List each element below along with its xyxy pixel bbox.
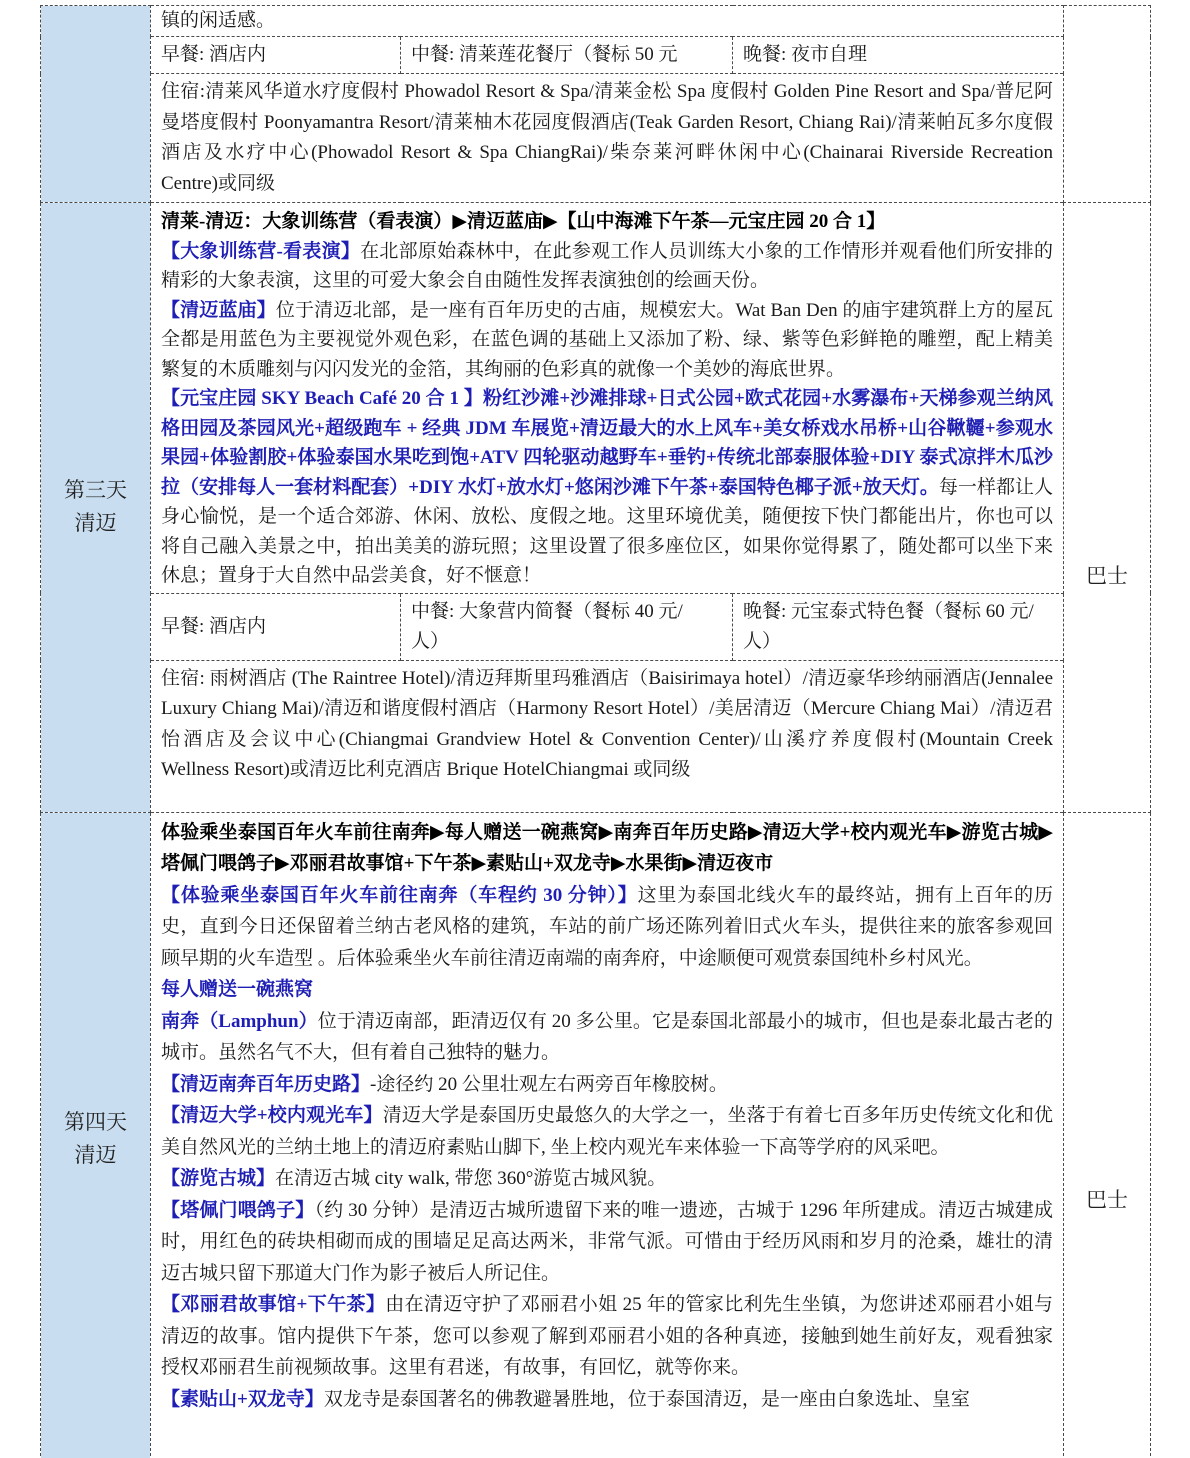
day3-day-text: 第三天 bbox=[45, 474, 146, 507]
prev-day-dinner-cell: 晚餐: 夜市自理 bbox=[733, 37, 1064, 74]
day4-paragraph-university: 【清迈大学+校内观光车】清迈大学是泰国历史最悠久的大学之一，坐落于有着七百多年历… bbox=[161, 1100, 1053, 1163]
day3-label-cell: 第三天 清迈 bbox=[41, 203, 151, 813]
text-segment: 双龙寺是泰国著名的佛教避暑胜地，位于泰国清迈，是一座由白象选址、皇室 bbox=[324, 1389, 970, 1410]
day4-transport-cell: 巴士 bbox=[1064, 812, 1151, 1458]
text-segment: 【游览古城】 bbox=[161, 1168, 275, 1189]
itinerary-table: 镇的闲适感。 早餐: 酒店内 中餐: 清莱莲花餐厅（餐标 50 元 晚餐: 夜市… bbox=[40, 5, 1151, 1458]
day3-description-row: 第三天 清迈 清莱-清迈：大象训练营（看表演）▶清迈蓝庙▶【山中海滩下午茶—元宝… bbox=[41, 203, 1151, 594]
day3-lodging-row: 住宿: 雨树酒店 (The Raintree Hotel)/清迈拜斯里玛雅酒店（… bbox=[41, 660, 1151, 812]
day4-title: 体验乘坐泰国百年火车前往南奔▶每人赠送一碗燕窝▶南奔百年历史路▶清迈大学+校内观… bbox=[161, 817, 1053, 880]
day4-paragraph-teresa-teng: 【邓丽君故事馆+下午茶】由在清迈守护了邓丽君小姐 25 年的管家比利先生坐镇，为… bbox=[161, 1289, 1053, 1384]
day3-lodging-cell: 住宿: 雨树酒店 (The Raintree Hotel)/清迈拜斯里玛雅酒店（… bbox=[151, 660, 1064, 812]
text-segment: 【素贴山+双龙寺】 bbox=[161, 1389, 324, 1410]
prev-day-label-cell bbox=[41, 6, 151, 203]
text-segment: 位于清迈北部，是一座有百年历史的古庙，规模宏大。Wat Ban Den 的庙宇建… bbox=[161, 300, 1053, 380]
day4-paragraph-lamphun: 南奔（Lamphun）位于清迈南部，距清迈仅有 20 多公里。它是泰国北部最小的… bbox=[161, 1006, 1053, 1069]
day3-dinner-cell: 晚餐: 元宝泰式特色餐（餐标 60 元/ 人） bbox=[733, 593, 1064, 660]
day3-meals-row: 早餐: 酒店内 中餐: 大象营内简餐（餐标 40 元/ 人） 晚餐: 元宝泰式特… bbox=[41, 593, 1151, 660]
day4-paragraph-birds-nest: 每人赠送一碗燕窝 bbox=[161, 974, 1053, 1006]
day3-paragraph-blue-temple: 【清迈蓝庙】位于清迈北部，是一座有百年历史的古庙，规模宏大。Wat Ban De… bbox=[161, 296, 1053, 385]
day3-label: 第三天 清迈 bbox=[45, 474, 146, 540]
text-segment: 【清迈南奔百年历史路】 bbox=[161, 1074, 370, 1095]
day4-paragraph-old-city: 【游览古城】在清迈古城 city walk, 带您 360°游览古城风貌。 bbox=[161, 1163, 1053, 1195]
text-segment: -途径约 20 公里壮观左右两旁百年橡胶树。 bbox=[370, 1074, 728, 1095]
prev-day-lodging-row: 住宿:清莱风华道水疗度假村 Phowadol Resort & Spa/清莱金松… bbox=[41, 74, 1151, 203]
day3-city-text: 清迈 bbox=[45, 507, 146, 540]
day4-description-cell: 体验乘坐泰国百年火车前往南奔▶每人赠送一碗燕窝▶南奔百年历史路▶清迈大学+校内观… bbox=[151, 812, 1064, 1458]
text-segment: 【清迈蓝庙】 bbox=[161, 300, 276, 321]
day3-title: 清莱-清迈：大象训练营（看表演）▶清迈蓝庙▶【山中海滩下午茶—元宝庄园 20 合… bbox=[161, 207, 1053, 237]
day3-paragraph-elephant-camp: 【大象训练营-看表演】在北部原始森林中，在此参观工作人员训练大小象的工作情形并观… bbox=[161, 237, 1053, 296]
prev-day-lodging-cell: 住宿:清莱风华道水疗度假村 Phowadol Resort & Spa/清莱金松… bbox=[151, 74, 1064, 203]
prev-day-tail-row: 镇的闲适感。 bbox=[41, 6, 1151, 37]
prev-day-lunch-cell: 中餐: 清莱莲花餐厅（餐标 50 元 bbox=[401, 37, 733, 74]
itinerary-page: 镇的闲适感。 早餐: 酒店内 中餐: 清莱莲花餐厅（餐标 50 元 晚餐: 夜市… bbox=[0, 0, 1190, 1458]
text-segment: 【体验乘坐泰国百年火车前往南奔（车程约 30 分钟）】 bbox=[161, 885, 638, 906]
day4-label-cell: 第四天 清迈 bbox=[41, 812, 151, 1458]
day4-day-text: 第四天 bbox=[45, 1106, 146, 1139]
day4-paragraph-doi-suthep: 【素贴山+双龙寺】双龙寺是泰国著名的佛教避暑胜地，位于泰国清迈，是一座由白象选址… bbox=[161, 1384, 1053, 1416]
text-segment: 【大象训练营-看表演】 bbox=[161, 241, 360, 262]
day4-paragraph-tha-phae-gate: 【塔佩门喂鸽子】（约 30 分钟）是清迈古城所遗留下来的唯一遗迹，古城于 129… bbox=[161, 1195, 1053, 1290]
day4-paragraph-history-road: 【清迈南奔百年历史路】-途径约 20 公里壮观左右两旁百年橡胶树。 bbox=[161, 1069, 1053, 1101]
text-segment: 【元宝庄园 SKY Beach Café 20 合 1 】粉红沙滩+沙滩排球+日… bbox=[161, 388, 1053, 498]
day4-label: 第四天 清迈 bbox=[45, 1106, 146, 1172]
day4-transport-label: 巴士 bbox=[1064, 813, 1150, 1215]
text-segment: 【清迈大学+校内观光车】 bbox=[161, 1105, 383, 1126]
prev-day-description-tail: 镇的闲适感。 bbox=[151, 6, 1064, 37]
day4-paragraph-train: 【体验乘坐泰国百年火车前往南奔（车程约 30 分钟）】这里为泰国北线火车的最终站… bbox=[161, 880, 1053, 975]
text-segment: 在清迈古城 city walk, 带您 360°游览古城风貌。 bbox=[275, 1168, 666, 1189]
prev-day-meals-row: 早餐: 酒店内 中餐: 清莱莲花餐厅（餐标 50 元 晚餐: 夜市自理 bbox=[41, 37, 1151, 74]
text-segment: 清莱-清迈：大象训练营（看表演）▶清迈蓝庙▶【山中海滩下午茶—元宝庄园 20 合… bbox=[161, 211, 885, 232]
text-segment: 南奔（Lamphun） bbox=[161, 1011, 318, 1032]
prev-day-transport-cell bbox=[1064, 6, 1151, 203]
text-segment: 【塔佩门喂鸽子】 bbox=[161, 1200, 314, 1221]
day4-city-text: 清迈 bbox=[45, 1139, 146, 1172]
day3-paragraph-sky-beach-cafe: 【元宝庄园 SKY Beach Café 20 合 1 】粉红沙滩+沙滩排球+日… bbox=[161, 384, 1053, 591]
prev-day-breakfast-cell: 早餐: 酒店内 bbox=[151, 37, 401, 74]
text-segment: 体验乘坐泰国百年火车前往南奔▶每人赠送一碗燕窝▶南奔百年历史路▶清迈大学+校内观… bbox=[161, 822, 1053, 875]
day3-breakfast-cell: 早餐: 酒店内 bbox=[151, 593, 401, 660]
day3-description-cell: 清莱-清迈：大象训练营（看表演）▶清迈蓝庙▶【山中海滩下午茶—元宝庄园 20 合… bbox=[151, 203, 1064, 594]
day4-description-row: 第四天 清迈 体验乘坐泰国百年火车前往南奔▶每人赠送一碗燕窝▶南奔百年历史路▶清… bbox=[41, 812, 1151, 1458]
day3-transport-cell: 巴士 bbox=[1064, 203, 1151, 813]
text-segment: 【邓丽君故事馆+下午茶】 bbox=[161, 1294, 385, 1315]
day3-transport-label: 巴士 bbox=[1064, 203, 1150, 591]
text-segment: 每人赠送一碗燕窝 bbox=[161, 979, 313, 1000]
day3-lunch-cell: 中餐: 大象营内简餐（餐标 40 元/ 人） bbox=[401, 593, 733, 660]
